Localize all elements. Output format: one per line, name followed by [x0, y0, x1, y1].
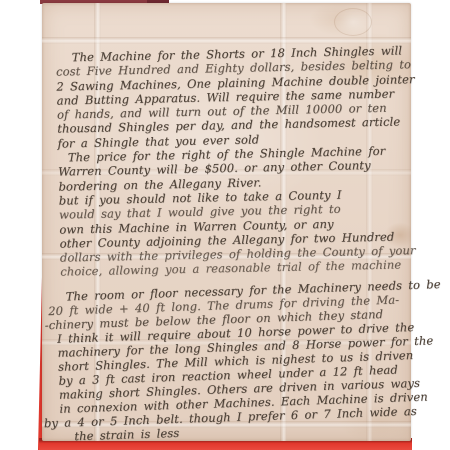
letter-photo: The Machine for the Shorts or 18 Inch Sh…	[0, 0, 450, 450]
letter-paragraph-machinery-requirements: The room or floor necessary for the Mach…	[56, 278, 411, 444]
letter-paper: The Machine for the Shorts or 18 Inch Sh…	[42, 3, 411, 441]
embossed-seal	[334, 8, 372, 36]
letter-paragraph-machine-price: The Machine for the Shorts or 18 Inch Sh…	[56, 43, 407, 279]
fold-crease-horizontal	[42, 37, 411, 44]
